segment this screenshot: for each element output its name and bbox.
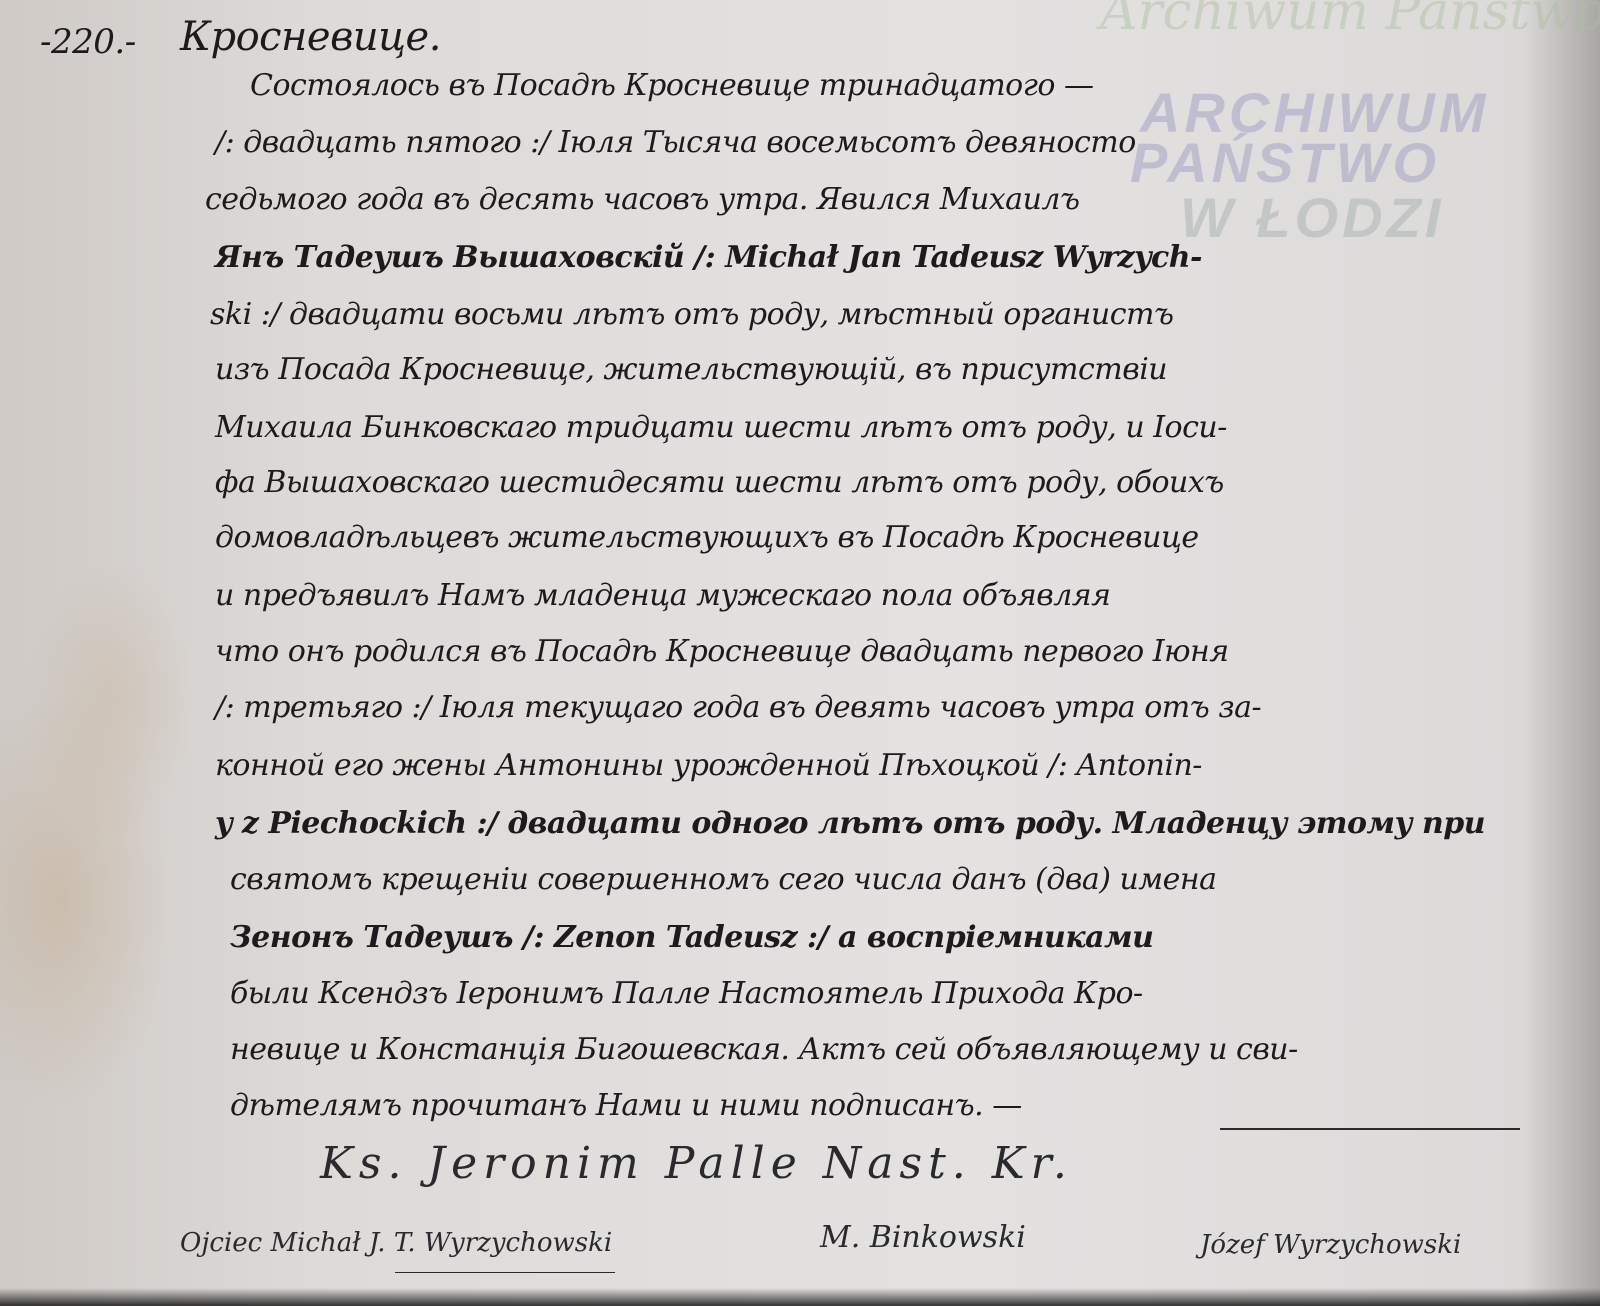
record-line-5: ski :/ двадцати восьми лѣтъ отъ роду, мѣ… bbox=[210, 297, 1173, 332]
record-line-16: Зенонъ Тадеушъ /: Zenon Tadeusz :/ а вос… bbox=[230, 920, 1153, 955]
record-line-9: домовладѣльцевъ жительствующихъ въ Посад… bbox=[215, 520, 1199, 555]
watermark-line-1: ARCHIWUM bbox=[1140, 80, 1489, 145]
record-line-13: конной его жены Антонины урожденной Пѣхо… bbox=[215, 748, 1202, 783]
record-line-1: Состоялось въ Посадѣ Кросневице тринадца… bbox=[250, 68, 1093, 103]
document-page: Archiwum Państwowe ARCHIWUM PAŃSTWO W ŁO… bbox=[0, 0, 1600, 1306]
record-line-17: были Ксендзъ Іеронимъ Палле Настоятель П… bbox=[230, 976, 1143, 1011]
entry-number: -220.- bbox=[40, 22, 136, 62]
signature-father: Ojciec Michał J. T. Wyrzychowski bbox=[180, 1228, 612, 1258]
signature-priest: Ks. Jeronim Palle Nast. Kr. bbox=[320, 1138, 1073, 1189]
watermark-line-3: W ŁODZI bbox=[1180, 185, 1444, 250]
record-line-19: дѣтелямъ прочитанъ Нами и ними подписанъ… bbox=[230, 1088, 1022, 1123]
watermark-top: Archiwum Państwowe bbox=[1100, 0, 1600, 42]
record-line-15: святомъ крещеніи совершенномъ сего числа… bbox=[230, 862, 1217, 897]
record-line-14: y z Piechockich :/ двадцати одного лѣтъ … bbox=[215, 806, 1485, 841]
record-line-10: и предъявилъ Намъ младенца мужескаго пол… bbox=[215, 578, 1111, 613]
record-line-8: фа Вышаховскаго шестидесяти шести лѣтъ о… bbox=[215, 465, 1224, 500]
signature-underline bbox=[395, 1272, 615, 1273]
record-line-6: изъ Посада Кросневице, жительствующій, в… bbox=[215, 352, 1167, 387]
record-line-12: /: третьяго :/ Іюля текущаго года въ дев… bbox=[215, 690, 1261, 725]
signature-witness-2: Józef Wyrzychowski bbox=[1200, 1230, 1461, 1260]
signature-witness-1: M. Binkowski bbox=[820, 1220, 1026, 1255]
record-line-4: Янъ Тадеушъ Вышаховскій /: Michał Jan Ta… bbox=[215, 240, 1202, 275]
closing-rule bbox=[1220, 1128, 1520, 1130]
record-line-3: седьмого года въ десять часовъ утра. Яви… bbox=[205, 182, 1080, 217]
record-line-11: что онъ родился въ Посадѣ Кросневице два… bbox=[215, 634, 1229, 669]
record-line-18: невице и Констанція Бигошевская. Актъ се… bbox=[230, 1032, 1298, 1067]
record-line-7: Михаила Бинковскаго тридцати шести лѣтъ … bbox=[215, 410, 1227, 445]
page-edge-shadow bbox=[0, 1288, 1600, 1306]
watermark-line-2: PAŃSTWO bbox=[1130, 130, 1440, 195]
record-line-2: /: двадцать пятого :/ Іюля Тысяча восемь… bbox=[215, 125, 1136, 160]
place-heading: Кросневице. bbox=[180, 14, 441, 60]
